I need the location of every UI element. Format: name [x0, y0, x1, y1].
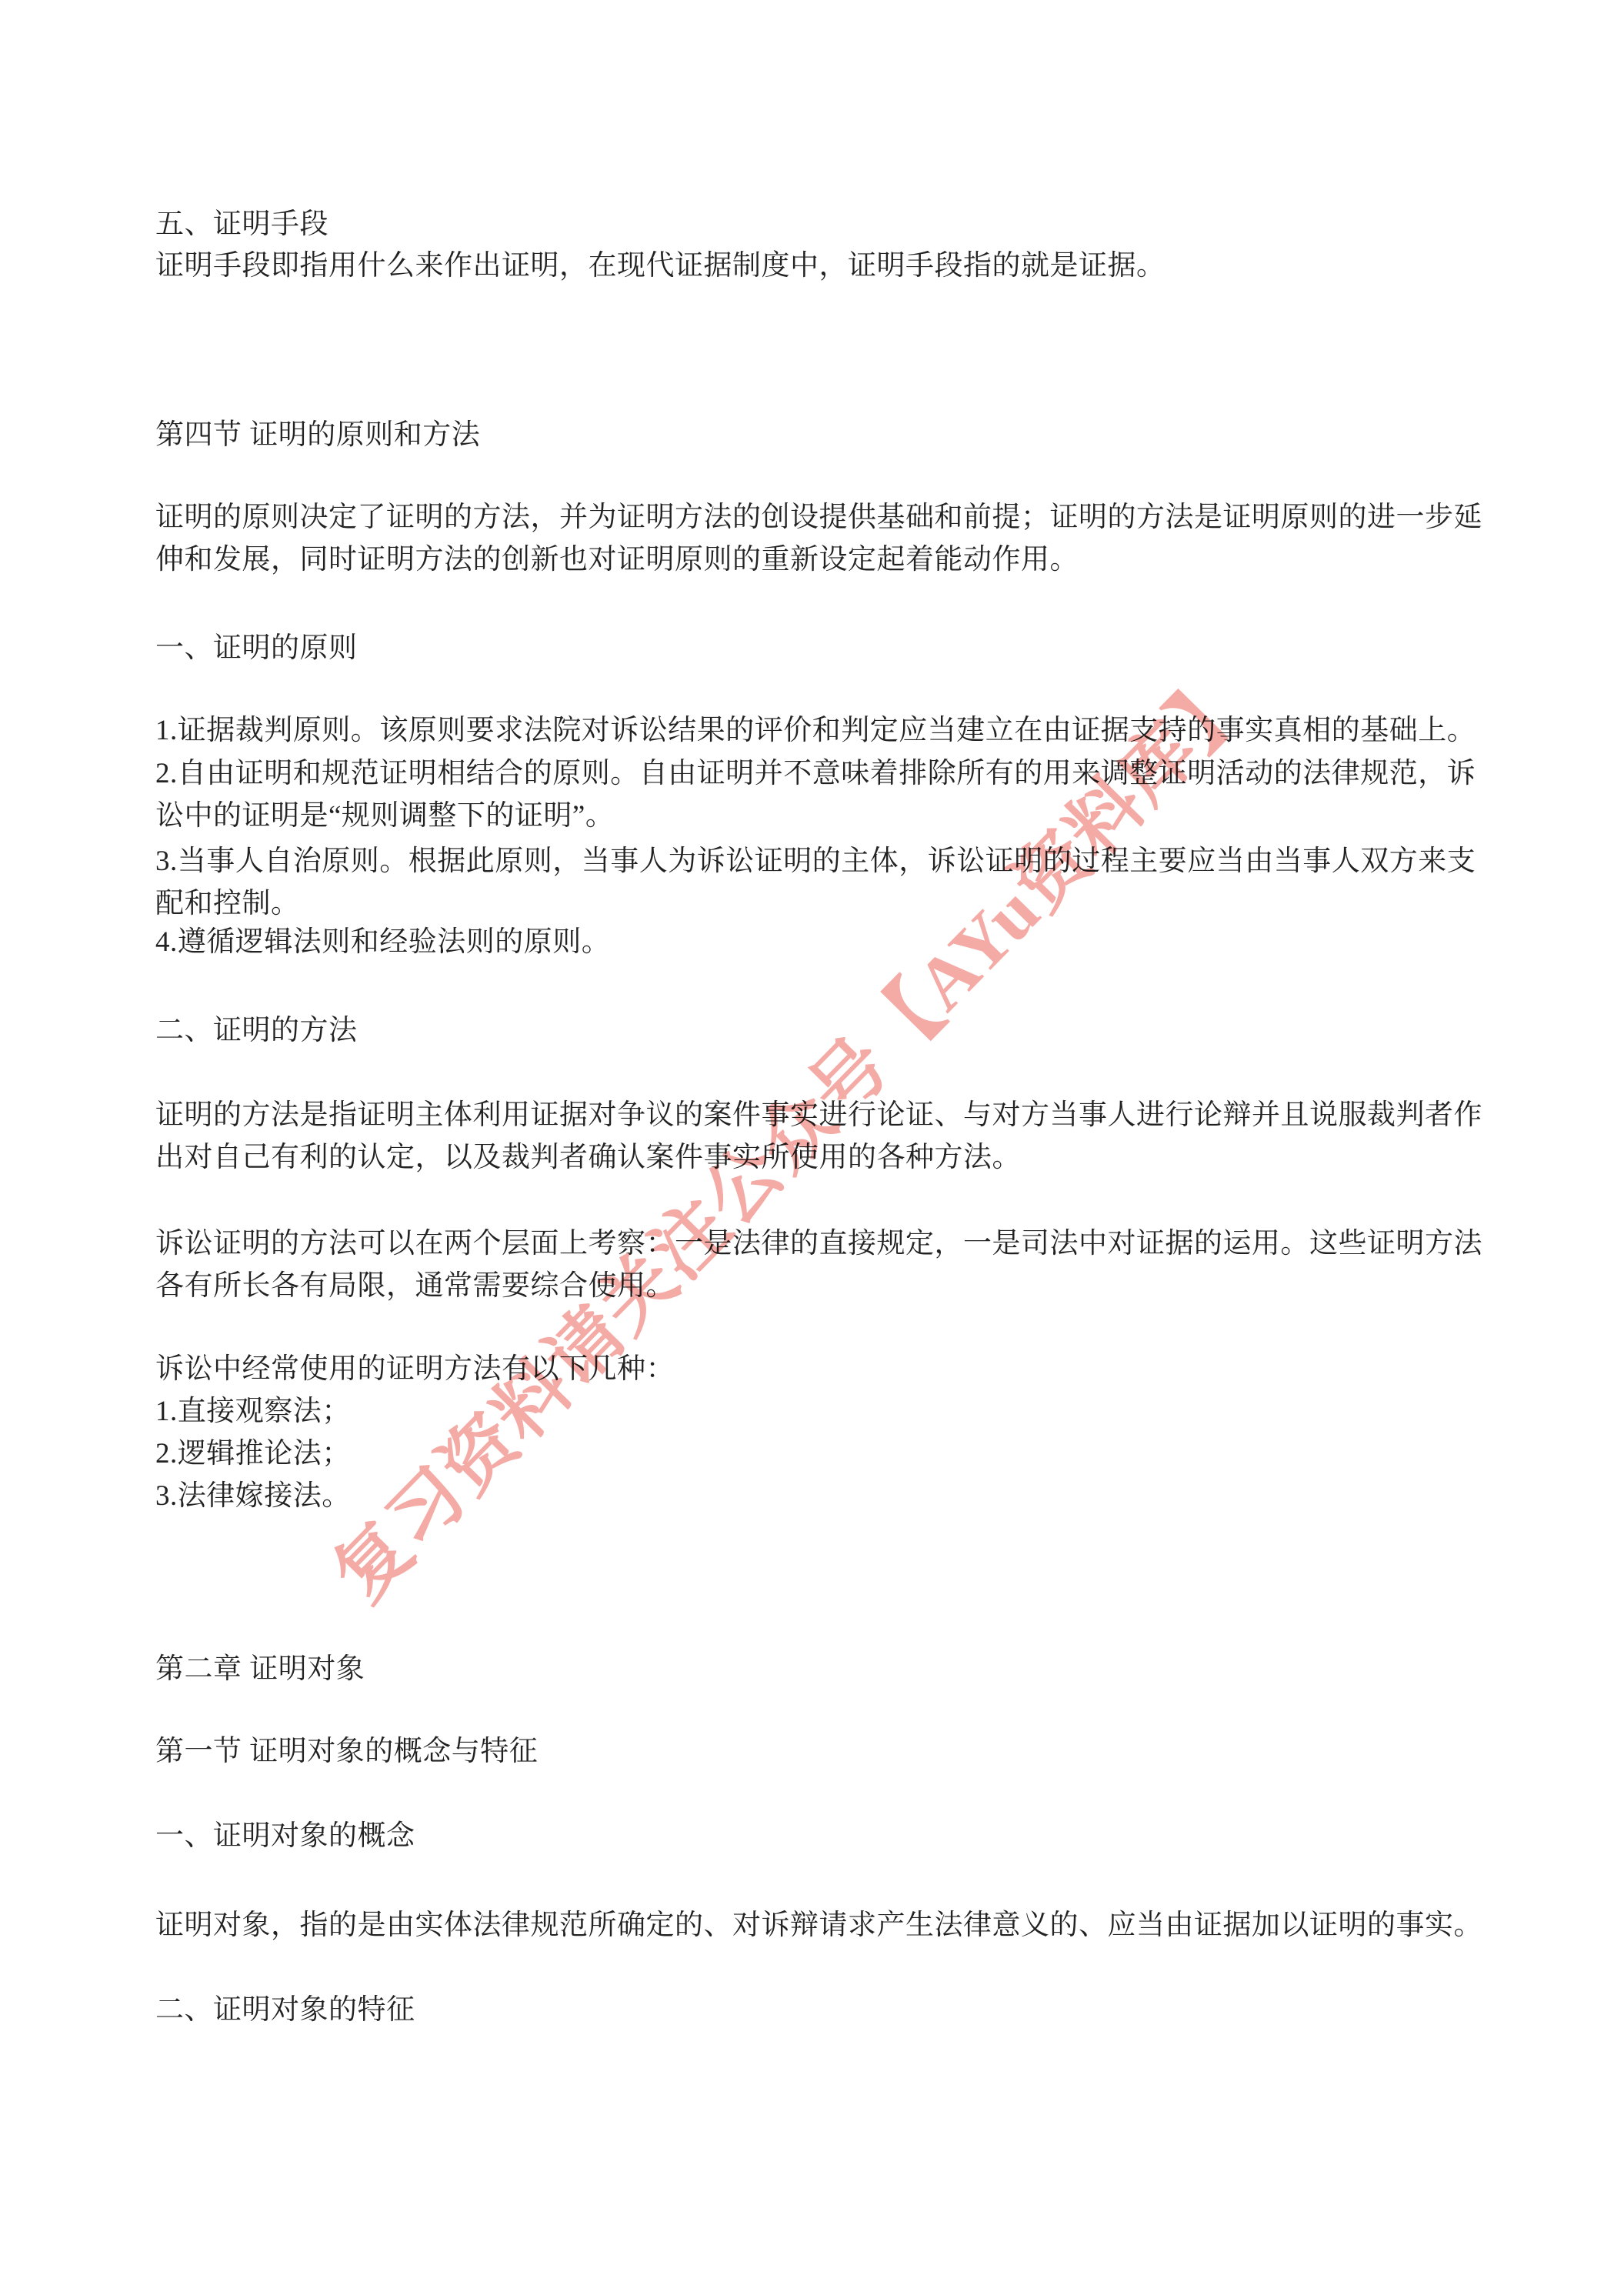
heading-two-methods: 二、证明的方法 — [155, 1009, 358, 1052]
heading-two-features: 二、证明对象的特征 — [155, 1989, 415, 2031]
chapter-2-title: 第二章 证明对象 — [155, 1648, 365, 1690]
para-methods-list-intro: 诉讼中经常使用的证明方法有以下几种： — [155, 1348, 675, 1390]
item-2-free-and-regulated-proof-line-2: 讼中的证明是“规则调整下的证明”。 — [155, 795, 614, 837]
item-2-free-and-regulated-proof-line-1: 2.自由证明和规范证明相结合的原则。自由证明并不意味着排除所有的用来调整证明活动… — [155, 752, 1476, 795]
para-methods-definition-line-1: 证明的方法是指证明主体利用证据对争议的案件事实进行论证、与对方当事人进行论辩并且… — [155, 1094, 1482, 1136]
heading-one-principles: 一、证明的原则 — [155, 627, 358, 669]
para-methods-two-levels-line-1: 诉讼证明的方法可以在两个层面上考察：一是法律的直接规定，一是司法中对证据的运用。… — [155, 1223, 1482, 1265]
item-4-logic-and-experience: 4.遵循逻辑法则和经验法则的原则。 — [155, 921, 610, 963]
item-3-legal-grafting: 3.法律嫁接法。 — [155, 1475, 351, 1517]
section-1-title: 第一节 证明对象的概念与特征 — [155, 1730, 538, 1773]
para-principles-methods-relation-line-2: 伸和发展，同时证明方法的创新也对证明原则的重新设定起着能动作用。 — [155, 539, 1079, 581]
para-methods-definition-line-2: 出对自己有利的认定，以及裁判者确认案件事实所使用的各种方法。 — [155, 1136, 1021, 1179]
item-1-direct-observation: 1.直接观察法； — [155, 1390, 351, 1433]
item-3-party-autonomy-line-2: 配和控制。 — [155, 882, 300, 925]
document-page: 五、证明手段 证明手段即指用什么来作出证明，在现代证据制度中，证明手段指的就是证… — [0, 0, 1624, 2295]
para-proof-means: 证明手段即指用什么来作出证明，在现代证据制度中，证明手段指的就是证据。 — [155, 245, 1165, 287]
item-3-party-autonomy-line-1: 3.当事人自治原则。根据此原则，当事人为诉讼证明的主体，诉讼证明的过程主要应当由… — [155, 840, 1476, 882]
heading-one-concept: 一、证明对象的概念 — [155, 1815, 415, 1857]
section-4-title: 第四节 证明的原则和方法 — [155, 414, 480, 456]
para-methods-two-levels-line-2: 各有所长各有局限，通常需要综合使用。 — [155, 1265, 675, 1307]
para-principles-methods-relation-line-1: 证明的原则决定了证明的方法，并为证明方法的创设提供基础和前提；证明的方法是证明原… — [155, 496, 1482, 539]
para-object-definition: 证明对象，指的是由实体法律规范所确定的、对诉辩请求产生法律意义的、应当由证据加以… — [155, 1904, 1482, 1946]
heading-five-proof-means: 五、证明手段 — [155, 203, 328, 245]
item-1-evidence-adjudication: 1.证据裁判原则。该原则要求法院对诉讼结果的评价和判定应当建立在由证据支持的事实… — [155, 709, 1476, 752]
item-2-logical-inference: 2.逻辑推论法； — [155, 1433, 351, 1475]
